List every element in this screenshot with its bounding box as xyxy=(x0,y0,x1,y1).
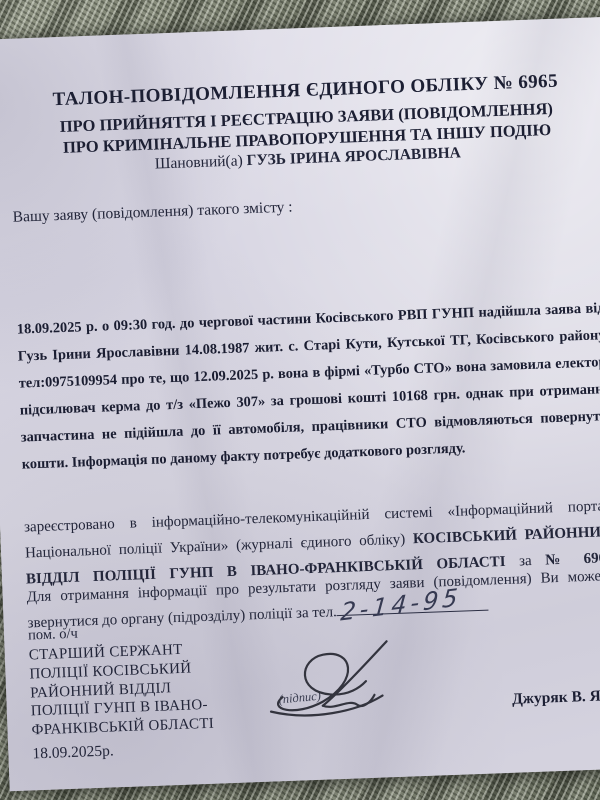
photo-scene: ТАЛОН-ПОВІДОМЛЕННЯ ЄДИНОГО ОБЛІКУ № 6965… xyxy=(0,0,600,800)
duty-abbreviation: пом. о/ч xyxy=(28,626,78,645)
document-paper: ТАЛОН-ПОВІДОМЛЕННЯ ЄДИНОГО ОБЛІКУ № 6965… xyxy=(0,16,600,791)
intro-line: Вашу заяву (повідомлення) такого змісту … xyxy=(12,199,292,227)
officer-name: Джуряк В. Я. xyxy=(512,687,600,708)
document-date: 18.09.2025р. xyxy=(32,742,114,763)
statement-text: 18.09.2025 р. о 09:30 год. до чергової ч… xyxy=(16,295,600,478)
phone-underline: 2-14-95 xyxy=(336,596,488,617)
officer-title-block: СТАРШИЙ СЕРЖАНТ ПОЛІЦІЇ КОСІВСЬКИЙ РАЙОН… xyxy=(28,640,214,741)
greeting-prefix: Шановний(а) xyxy=(154,152,243,172)
signature-area: (підпис) xyxy=(260,632,439,726)
handwritten-signature xyxy=(260,632,439,726)
